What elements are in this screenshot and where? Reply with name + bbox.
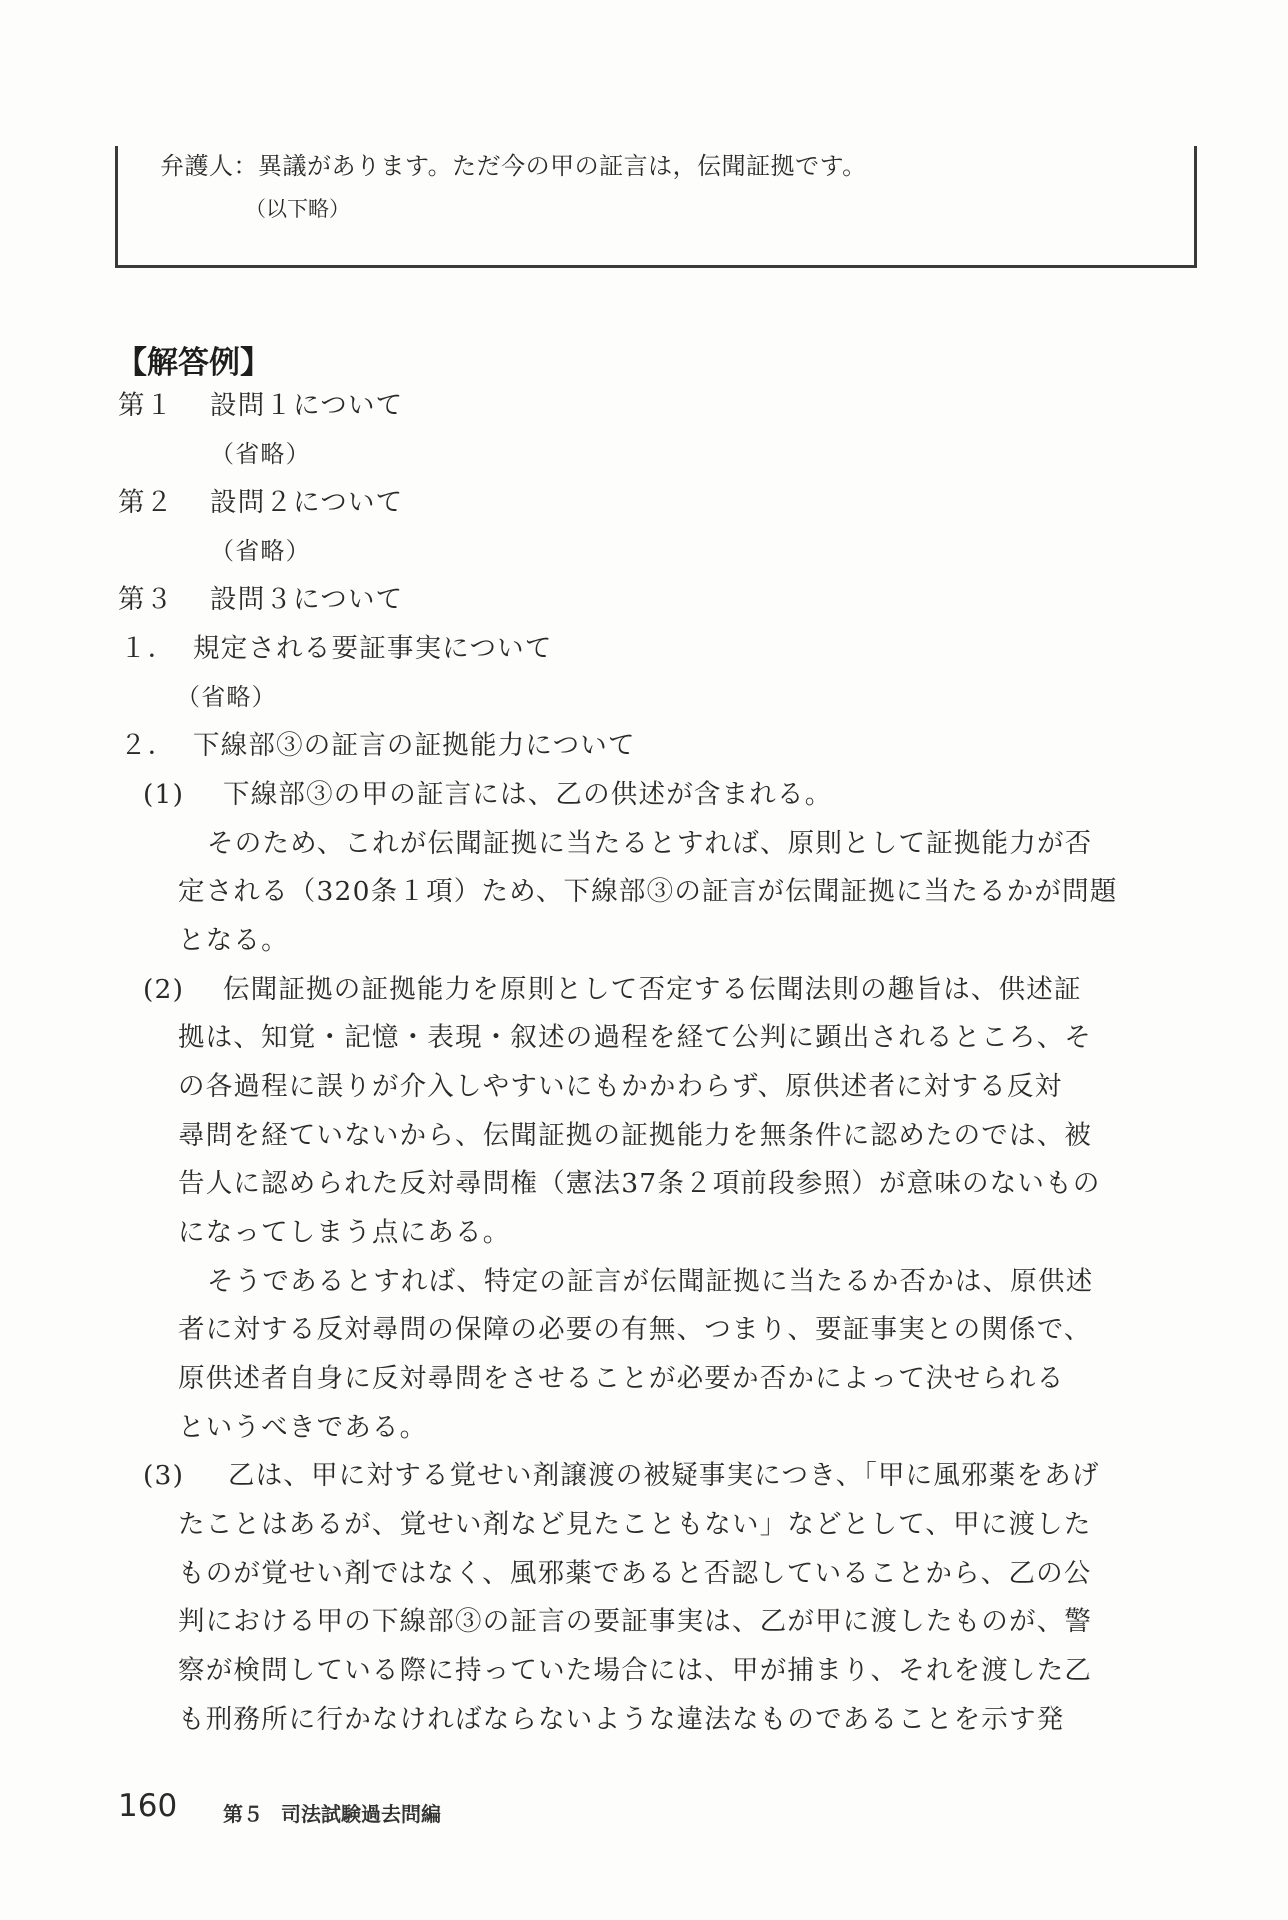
para2-line: 伝聞証拠の証拠能力を原則として否定する伝聞法則の趣旨は、供述証 (223, 965, 1082, 1014)
para2-line: の各過程に誤りが介入しやすいにもかかわらず、原供述者に対する反対 (178, 1062, 1062, 1111)
q1-number: 第１ (118, 381, 173, 430)
q3-number: 第３ (118, 575, 173, 624)
para3-line: たことはあるが、覚せい剤など見たこともない」などとして、甲に渡した (178, 1500, 1092, 1549)
answer-heading: 【解答例】 (116, 337, 271, 382)
para3-line: ものが覚せい剤ではなく、風邪薬であると否認していることから、乙の公 (178, 1549, 1092, 1598)
quote-line-defense: 弁護人：異議があります。ただ今の甲の証言は，伝聞証拠です。 (160, 146, 867, 181)
para2-line: 拠は、知覚・記憶・表現・叙述の過程を経て公判に顕出されるところ、そ (178, 1013, 1092, 1062)
para2-line: 告人に認められた反対尋問権（憲法37条２項前段参照）が意味のないもの (178, 1159, 1101, 1208)
section2-title: 下線部③の証言の証拠能力について (193, 721, 636, 770)
para2-line: 原供述者自身に反対尋問をさせることが必要か否かによって決せられる (178, 1354, 1064, 1403)
chapter-title: 司法試験過去問編 (281, 1798, 441, 1827)
quote-line-omitted: （以下略） (245, 193, 350, 223)
section2-number: ２． (120, 721, 175, 770)
para2-line: 尋問を経ていないから、伝聞証拠の証拠能力を無条件に認めたのでは、被 (178, 1111, 1092, 1160)
para1-line: そのため、これが伝聞証拠に当たるとすれば、原則として証拠能力が否 (207, 819, 1092, 868)
para1-label: (1) (143, 770, 184, 819)
chapter-number: 第５ (223, 1798, 263, 1827)
para3-line: 判における甲の下線部③の証言の要証事実は、乙が甲に渡したものが、警 (178, 1597, 1092, 1646)
q2-omitted: （省略） (210, 527, 311, 576)
para3-line: 察が検問している際に持っていた場合には、甲が捕まり、それを渡した乙 (178, 1646, 1092, 1695)
q1-omitted: （省略） (210, 430, 311, 479)
para1-line: となる。 (178, 916, 289, 965)
para2-line: になってしまう点にある。 (178, 1208, 510, 1257)
section1-title: 規定される要証事実について (193, 624, 553, 673)
para3-label: (3) (143, 1451, 184, 1500)
q1-title: 設問１について (210, 381, 403, 430)
para1-line: 定される（320条１項）ため、下線部③の証言が伝聞証拠に当たるかが問題 (178, 867, 1118, 916)
q2-title: 設問２について (210, 478, 403, 527)
section1-number: １． (120, 624, 175, 673)
page-number: 160 (118, 1788, 177, 1824)
para3-line: も刑務所に行かなければならないような違法なものであることを示す発 (178, 1695, 1064, 1744)
section1-omitted: （省略） (176, 673, 277, 722)
para2-line: というべきである。 (178, 1403, 427, 1452)
para2-line: 者に対する反対尋問の保障の必要の有無、つまり、要証事実との関係で、 (178, 1305, 1092, 1354)
q2-number: 第２ (118, 478, 173, 527)
q3-title: 設問３について (210, 575, 403, 624)
para2-label: (2) (143, 965, 184, 1014)
para2-line: そうであるとすれば、特定の証言が伝聞証拠に当たるか否かは、原供述 (207, 1257, 1093, 1306)
para1-line: 下線部③の甲の証言には、乙の供述が含まれる。 (223, 770, 832, 819)
para3-line: 乙は、甲に対する覚せい剤譲渡の被疑事実につき、「甲に風邪薬をあげ (228, 1451, 1100, 1500)
